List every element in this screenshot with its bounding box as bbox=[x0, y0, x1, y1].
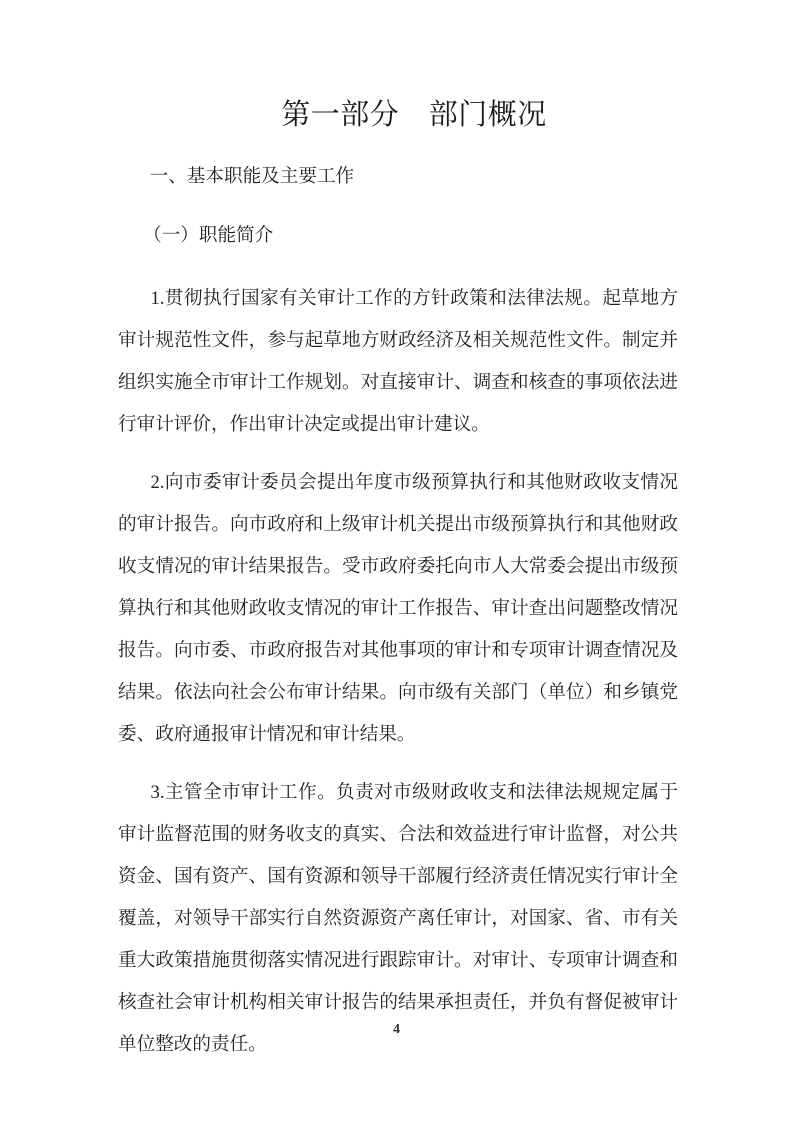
document-content: 第一部分 部门概况 一、基本职能及主要工作 （一）职能简介 1.贯彻执行国家有关… bbox=[118, 0, 678, 1066]
document-page: 第一部分 部门概况 一、基本职能及主要工作 （一）职能简介 1.贯彻执行国家有关… bbox=[0, 0, 793, 1122]
section-heading: 一、基本职能及主要工作 bbox=[118, 156, 678, 198]
page-title: 第一部分 部门概况 bbox=[150, 0, 678, 137]
page-number: 4 bbox=[0, 1022, 793, 1038]
paragraph-duties-2: 2.向市委审计委员会提出年度市级预算执行和其他财政收支情况的审计报告。向市政府和… bbox=[118, 462, 678, 756]
paragraph-duties-1: 1.贯彻执行国家有关审计工作的方针政策和法律法规。起草地方审计规范性文件，参与起… bbox=[118, 278, 678, 446]
subsection-heading: （一）职能简介 bbox=[118, 215, 678, 257]
